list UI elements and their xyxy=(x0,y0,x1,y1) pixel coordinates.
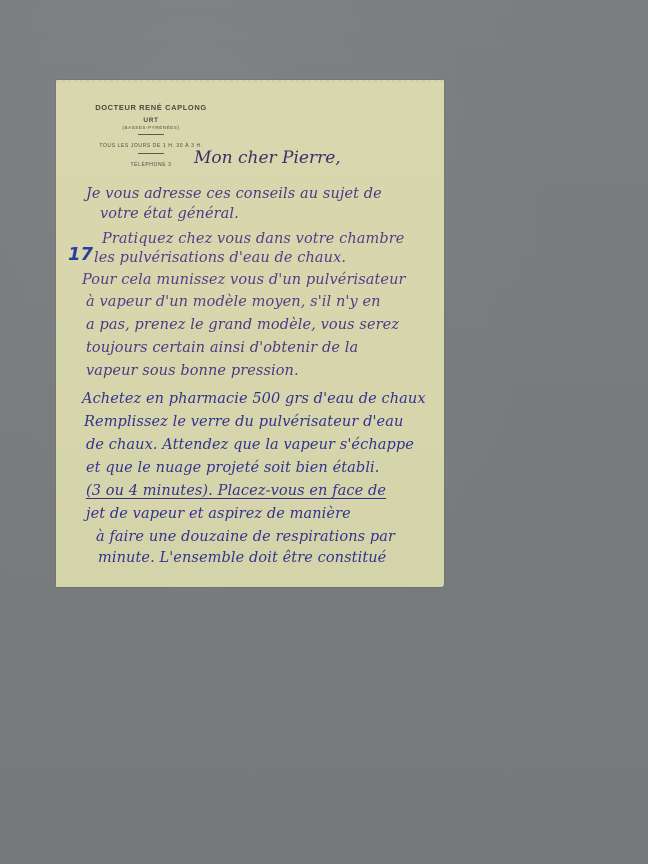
letterhead-divider xyxy=(138,153,164,154)
letter-line: Achetez en pharmacie 500 grs d'eau de ch… xyxy=(82,391,426,407)
letter-line: à faire une douzaine de respirations par xyxy=(96,529,395,545)
letterhead-doctor-name: DOCTEUR RENÉ CAPLONG xyxy=(76,103,226,112)
letter-line: Pratiquez chez vous dans votre chambre xyxy=(102,231,404,247)
letter-line: les pulvérisations d'eau de chaux. xyxy=(94,250,346,266)
letter-line: votre état général. xyxy=(100,206,239,222)
letter-page: DOCTEUR RENÉ CAPLONG URT (BASSES-PYRÉNÉE… xyxy=(56,80,444,587)
letter-line: Pour cela munissez vous d'un pulvérisate… xyxy=(82,272,406,288)
letter-line: Remplissez le verre du pulvérisateur d'e… xyxy=(84,414,403,430)
salutation: Mon cher Pierre, xyxy=(194,148,341,168)
letter-line: jet de vapeur et aspirez de manière xyxy=(86,506,351,522)
letter-line: a pas, prenez le grand modèle, vous sere… xyxy=(86,317,399,333)
letter-line: toujours certain ainsi d'obtenir de la xyxy=(86,340,358,356)
letter-line: Je vous adresse ces conseils au sujet de xyxy=(86,186,382,202)
letterhead-town: URT xyxy=(76,117,226,124)
margin-annotation: 17 xyxy=(68,244,93,265)
paper-torn-edge xyxy=(56,80,444,82)
letter-line: minute. L'ensemble doit être constitué xyxy=(98,550,386,566)
letter-line: à vapeur d'un modèle moyen, s'il n'y en xyxy=(86,294,381,310)
letter-line: et que le nuage projeté soit bien établi… xyxy=(86,460,380,476)
letterhead-divider xyxy=(138,134,164,135)
letterhead-region: (BASSES-PYRÉNÉES) xyxy=(76,125,226,130)
letter-line: de chaux. Attendez que la vapeur s'échap… xyxy=(86,437,414,453)
letter-line: vapeur sous bonne pression. xyxy=(86,363,299,379)
letter-line: (3 ou 4 minutes). Placez-vous en face de xyxy=(86,483,386,499)
